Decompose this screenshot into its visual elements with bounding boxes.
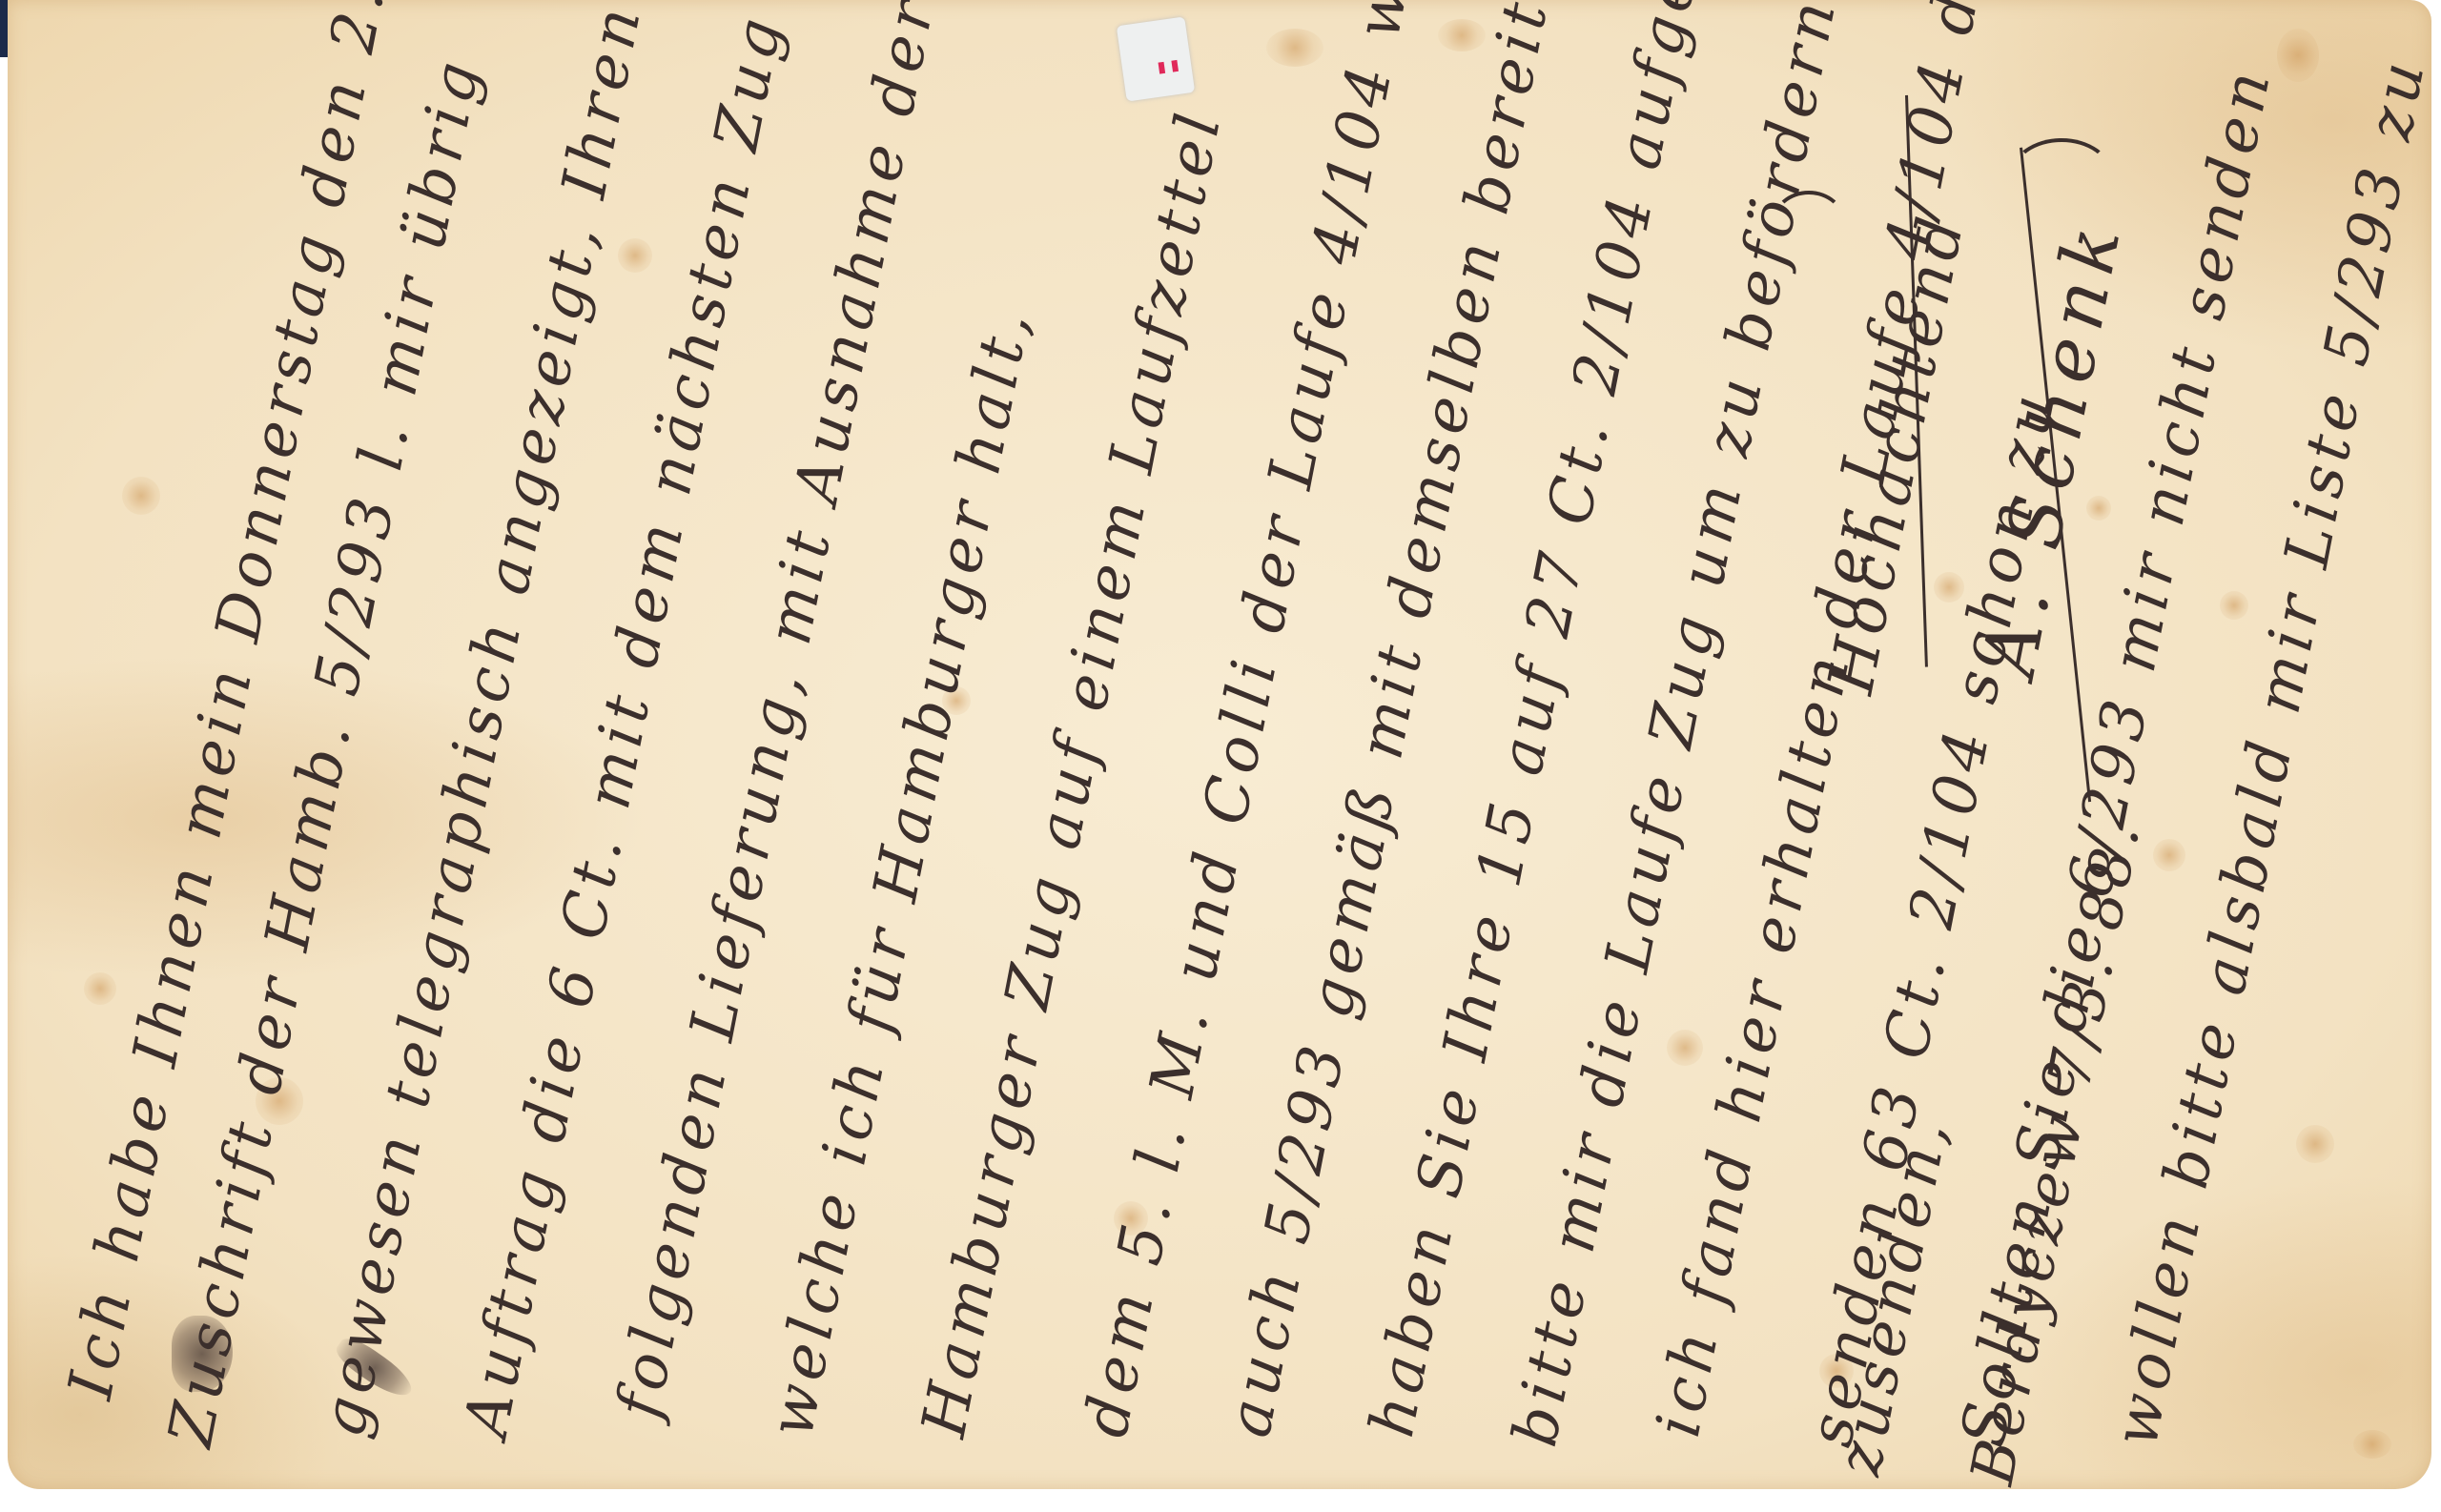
foxing-spot: [1266, 29, 1323, 67]
stamp-red-mark: [1171, 60, 1179, 72]
signature-loop: [2010, 138, 2113, 213]
stamp-remnant: [1117, 16, 1195, 101]
foxing-spot: [122, 477, 160, 515]
foxing-spot: [2296, 1125, 2334, 1163]
foxing-spot: [2153, 839, 2185, 871]
stamp-red-mark: [1159, 62, 1166, 74]
postcard-paper: Ich habe Ihnen mein Donnerstag den 2. Ja…: [8, 0, 2431, 1489]
foxing-spot: [2220, 591, 2248, 620]
foxing-spot: [2353, 1430, 2391, 1459]
foxing-spot: [84, 972, 116, 1005]
postcard-scan: Ich habe Ihnen mein Donnerstag den 2. Ja…: [0, 0, 2441, 1512]
foxing-spot: [1667, 1030, 1703, 1066]
foxing-spot: [618, 238, 652, 273]
body-line-15: wollen bitte alsbald mir Liste 5/293 zu: [2105, 52, 2435, 1452]
scanner-edge: [0, 0, 8, 57]
foxing-spot: [2086, 496, 2111, 521]
body-line-7: Hamburger Zug auf einem Laufzettel: [913, 104, 1231, 1441]
signature-loop: [1772, 191, 1846, 255]
foxing-spot: [1438, 19, 1486, 51]
